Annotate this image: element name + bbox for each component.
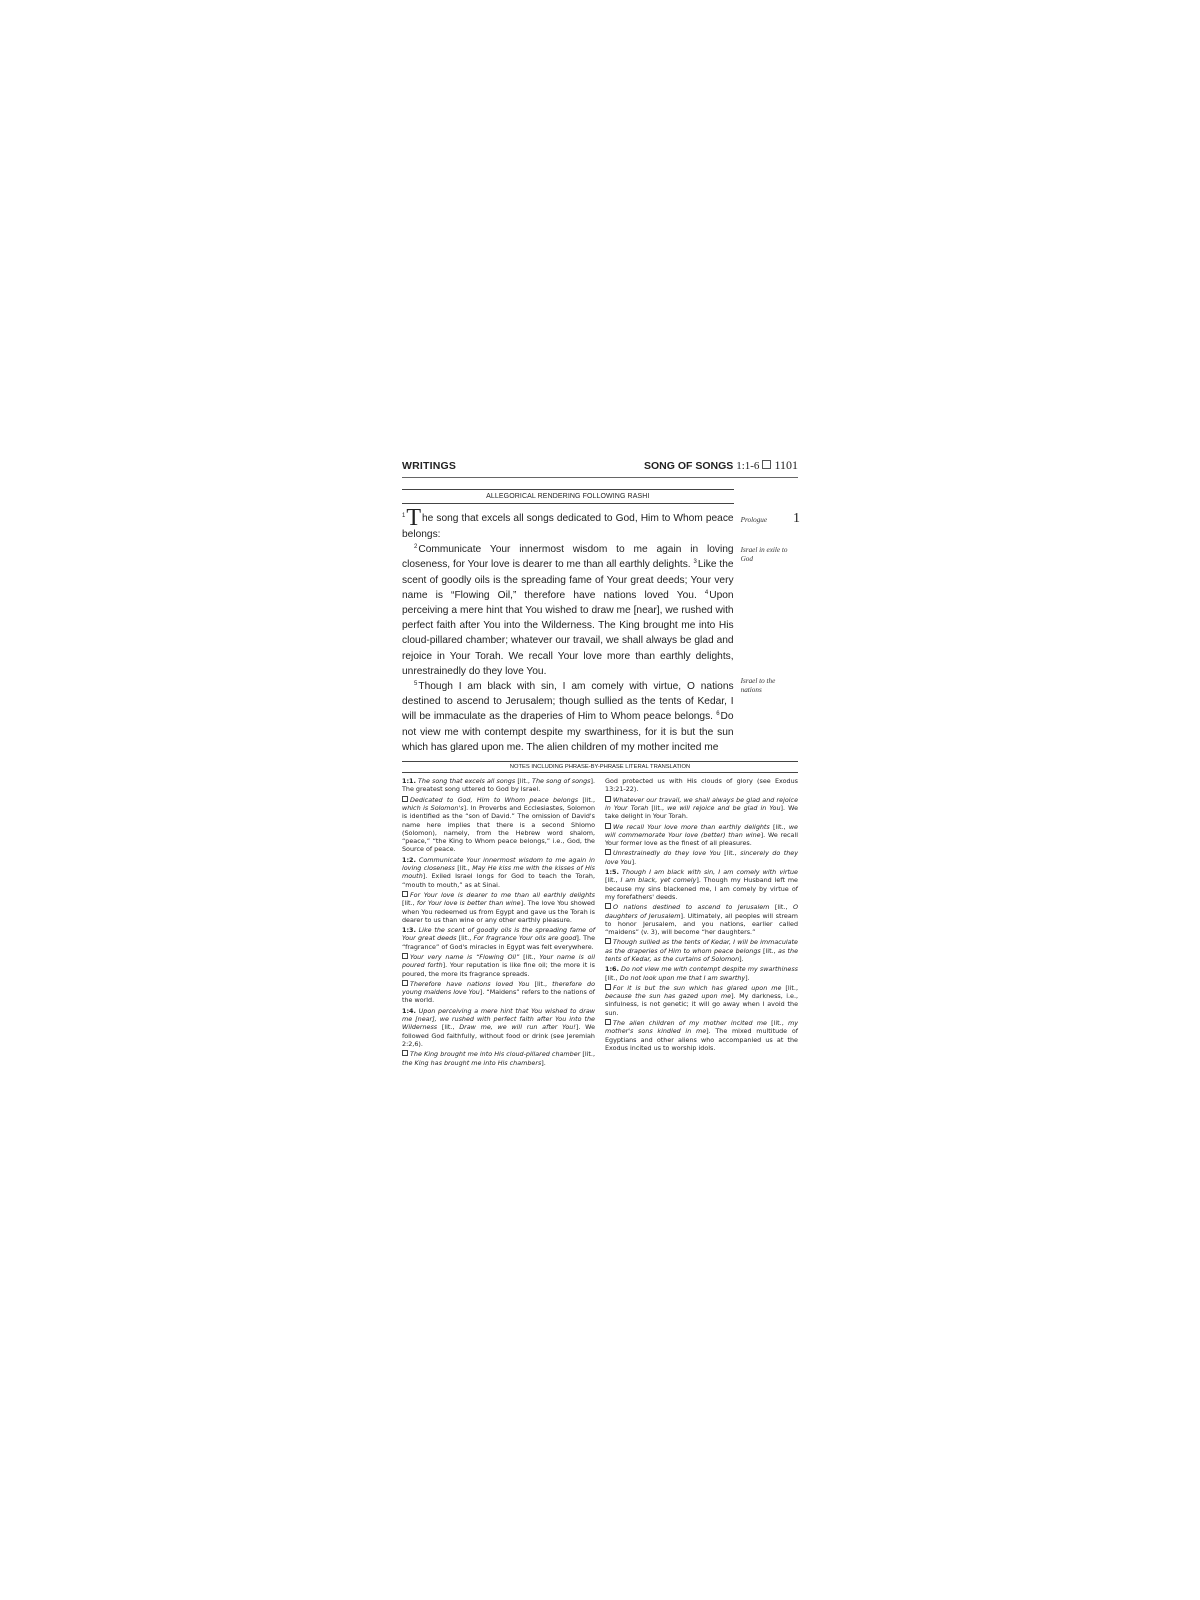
note-literal: the King has brought me into His chamber…: [402, 1059, 541, 1067]
note-literal: we will rejoice and be glad in You: [667, 804, 780, 812]
page-number: 1101: [774, 458, 798, 472]
note-literal: for Your love is better than wine: [417, 899, 521, 907]
note-literal: I am black, yet comely: [620, 876, 696, 884]
note-literal: The song of songs: [532, 777, 590, 785]
note-continuation: God protected us with His clouds of glor…: [605, 777, 798, 793]
verse-text: he song that excels all songs dedicated …: [402, 513, 734, 540]
bullet-box-icon: [402, 953, 408, 959]
bullet-box-icon: [402, 980, 408, 986]
note: Though sullied as the tents of Kedar, I …: [605, 938, 798, 963]
bullet-box-icon: [605, 903, 611, 909]
note: Dedicated to God, Him to Whom peace belo…: [402, 796, 595, 854]
note: The King brought me into His cloud-pilla…: [402, 1050, 595, 1067]
verse-body: 1The song that excels all songs dedicate…: [402, 509, 734, 755]
note-lemma: Do not view me with contempt despite my …: [621, 965, 798, 973]
verse-number: 5: [414, 681, 417, 687]
verse-5-6: 5Though I am black with sin, I am comely…: [402, 679, 734, 755]
verse-text: Though I am black with sin, I am comely …: [402, 681, 734, 722]
box-separator-icon: [762, 460, 771, 469]
note-lemma: The King brought me into His cloud-pilla…: [410, 1050, 580, 1058]
verse-number: 2: [414, 544, 417, 550]
note-lemma: Dedicated to God, Him to Whom peace belo…: [410, 796, 578, 804]
margin-column: Prologue 1 Israel in exile to God Israel…: [734, 489, 798, 755]
note-literal: because the sun has gazed upon me: [605, 992, 731, 1000]
bullet-box-icon: [402, 796, 408, 802]
note-lemma: Your very name is “Flowing Oil”: [410, 953, 519, 961]
translation-column: ALLEGORICAL RENDERING FOLLOWING RASHI 1T…: [402, 489, 734, 755]
note: O nations destined to ascend to Jerusale…: [605, 903, 798, 936]
verse-range: 1:1-6: [736, 460, 759, 472]
section-name: WRITINGS: [402, 460, 456, 472]
note-lemma: Therefore have nations loved You: [410, 980, 529, 988]
note: 1:3. Like the scent of goodly oils is th…: [402, 926, 595, 951]
note: Unrestrainedly do they love You [lit., s…: [605, 849, 798, 866]
note-comment: Exiled Israel longs for God to teach the…: [402, 872, 595, 888]
note: For Your love is dearer to me than all e…: [402, 891, 595, 924]
book-title: SONG OF SONGS: [644, 460, 733, 472]
note-ref: 1:3.: [402, 926, 416, 934]
notes-section: 1:1. The song that excels all songs [lit…: [402, 777, 798, 1069]
bullet-box-icon: [605, 796, 611, 802]
notes-right-column: God protected us with His clouds of glor…: [605, 777, 798, 1069]
note-comment: In Proverbs and Ecclesiastes, Solomon is…: [402, 804, 595, 853]
note-lemma: Though I am black with sin, I am comely …: [622, 868, 798, 876]
note-ref: 1:4.: [402, 1007, 416, 1015]
margin-note-israel-to-nations: Israel to the nations: [741, 677, 793, 695]
note-ref: 1:5.: [605, 868, 619, 876]
bullet-box-icon: [605, 984, 611, 990]
note: 1:2. Communicate Your innermost wisdom t…: [402, 856, 595, 889]
verse-text: Communicate Your innermost wisdom to me …: [402, 544, 734, 570]
bullet-box-icon: [402, 891, 408, 897]
note-comment: The greatest song uttered to God by Isra…: [402, 785, 540, 793]
bullet-box-icon: [605, 1019, 611, 1025]
book-page: WRITINGS SONG OF SONGS 1:1-61101 ALLEGOR…: [402, 458, 798, 1069]
verse-text: Upon perceiving a mere hint that You wis…: [402, 590, 734, 677]
note: Therefore have nations loved You [lit., …: [402, 980, 595, 1005]
note-literal: Do not look upon me that I am swarthy: [620, 974, 746, 982]
running-header: WRITINGS SONG OF SONGS 1:1-61101: [402, 458, 798, 478]
bullet-box-icon: [605, 849, 611, 855]
bullet-box-icon: [605, 938, 611, 944]
main-text-area: ALLEGORICAL RENDERING FOLLOWING RASHI 1T…: [402, 489, 798, 755]
notes-left-column: 1:1. The song that excels all songs [lit…: [402, 777, 595, 1069]
note-lemma: Unrestrainedly do they love You: [613, 849, 721, 857]
note: For it is but the sun which has glared u…: [605, 984, 798, 1017]
verse-1: 1The song that excels all songs dedicate…: [402, 509, 734, 542]
note-literal: For fragrance Your oils are good: [473, 934, 576, 942]
margin-note-israel-in-exile: Israel in exile to God: [741, 546, 793, 564]
note-ref: 1:6.: [605, 965, 619, 973]
note: We recall Your love more than earthly de…: [605, 823, 798, 848]
note-lemma: For it is but the sun which has glared u…: [613, 984, 781, 992]
note-lemma: The alien children of my mother incited …: [613, 1019, 767, 1027]
notes-heading: NOTES INCLUDING PHRASE-BY-PHRASE LITERAL…: [402, 761, 798, 773]
note-literal: which is Solomon's: [402, 804, 464, 812]
note: 1:6. Do not view me with contempt despit…: [605, 965, 798, 982]
note-ref: 1:2.: [402, 856, 416, 864]
verse-number: 1: [402, 513, 405, 519]
note: Whatever our travail, we shall always be…: [605, 796, 798, 821]
verse-number: 4: [705, 590, 708, 596]
verse-2-4: 2Communicate Your innermost wisdom to me…: [402, 542, 734, 679]
note: 1:5. Though I am black with sin, I am co…: [605, 868, 798, 901]
bullet-box-icon: [605, 823, 611, 829]
note-lemma: O nations destined to ascend to Jerusale…: [613, 903, 769, 911]
note: The alien children of my mother incited …: [605, 1019, 798, 1052]
note-lemma: Though sullied as the tents of Kedar, I …: [605, 938, 798, 954]
note-ref: 1:1.: [402, 777, 416, 785]
bullet-box-icon: [402, 1050, 408, 1056]
note: God protected us with His clouds of glor…: [605, 777, 798, 794]
verse-number: 3: [694, 559, 697, 565]
note-literal: Draw me, we will run after You!: [459, 1023, 576, 1031]
drop-cap: T: [406, 505, 421, 531]
translation-heading: ALLEGORICAL RENDERING FOLLOWING RASHI: [402, 489, 734, 504]
note-lemma: We recall Your love more than earthly de…: [613, 823, 770, 831]
note: Your very name is “Flowing Oil” [lit., Y…: [402, 953, 595, 978]
verse-number: 6: [716, 711, 719, 717]
chapter-number: 1: [793, 511, 800, 527]
note-lemma: The song that excels all songs: [418, 777, 515, 785]
note: 1:4. Upon perceiving a mere hint that Yo…: [402, 1007, 595, 1048]
page-locator: SONG OF SONGS 1:1-61101: [644, 458, 798, 473]
note: 1:1. The song that excels all songs [lit…: [402, 777, 595, 794]
note-lemma: For Your love is dearer to me than all e…: [410, 891, 595, 899]
margin-note-prologue: Prologue: [741, 516, 793, 525]
